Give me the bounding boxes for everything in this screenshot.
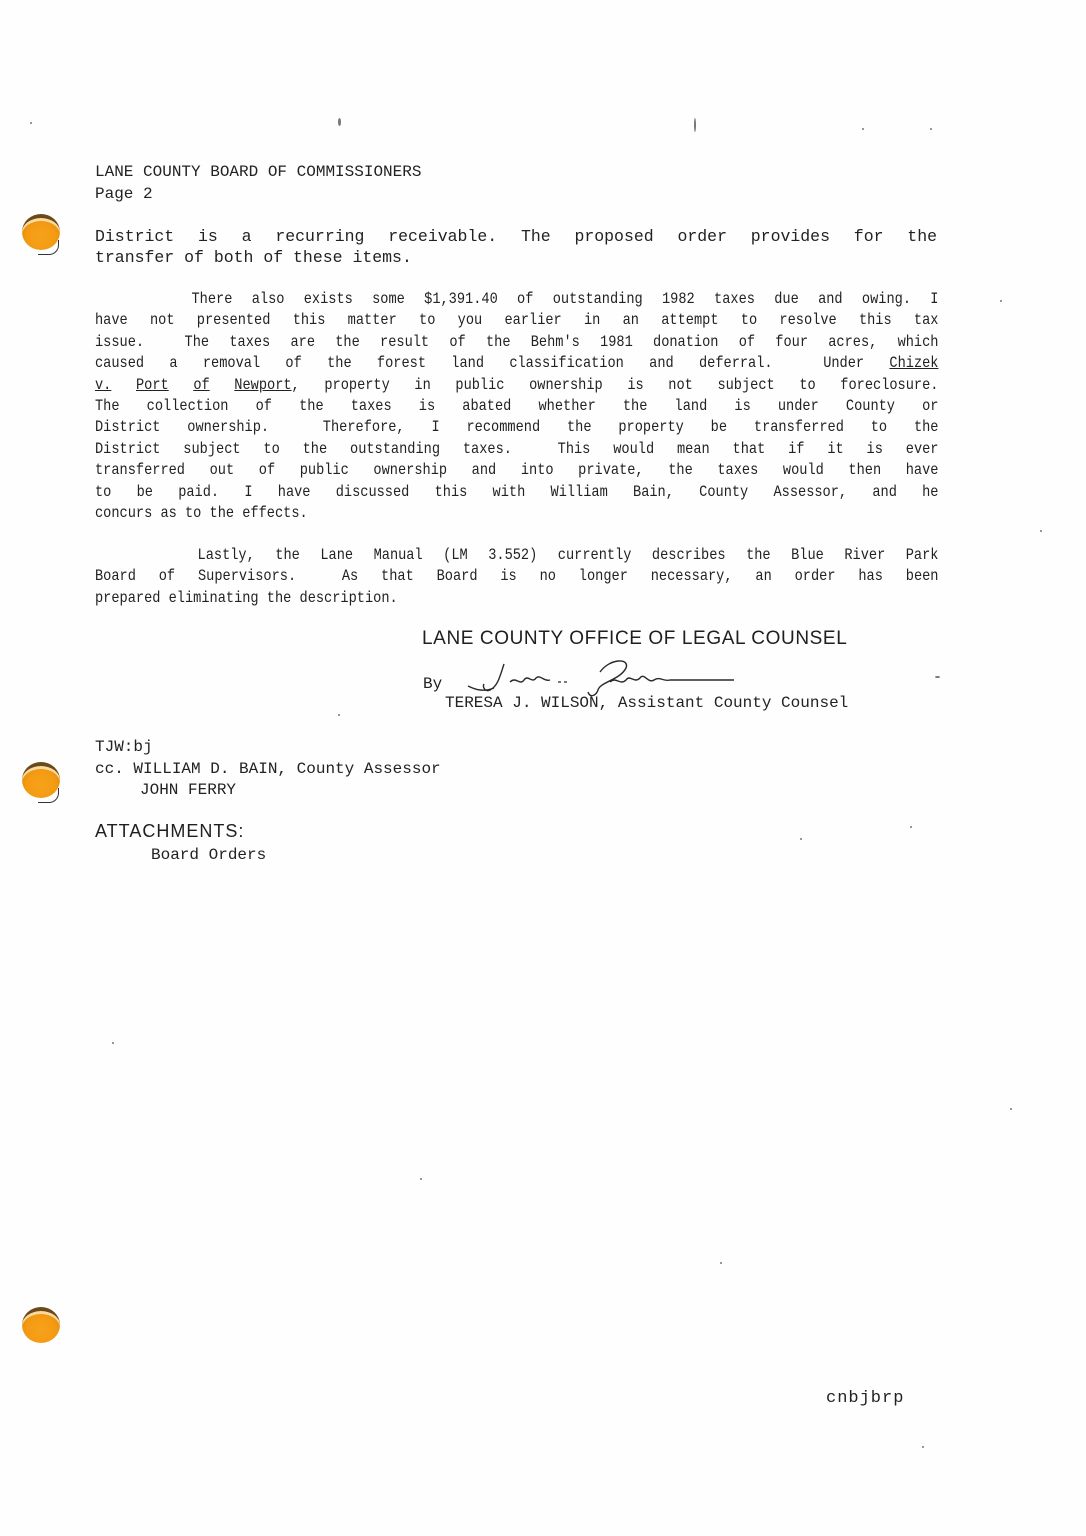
signer-name-title: TERESA J. WILSON, Assistant County Couns… bbox=[445, 693, 848, 714]
case-name-of: of bbox=[193, 376, 209, 394]
scan-speck bbox=[694, 118, 696, 132]
document-page: LANE COUNTY BOARD OF COMMISSIONERS Page … bbox=[0, 0, 1086, 1536]
paragraph-2-line: The collection of the taxes is abated wh… bbox=[95, 396, 938, 417]
scan-speck bbox=[935, 676, 940, 678]
binder-hole-bottom bbox=[22, 1307, 60, 1343]
paragraph-2: There also exists some $1,391.40 of outs… bbox=[95, 289, 938, 524]
paragraph-1-line: District is a recurring receivable. The … bbox=[95, 226, 937, 247]
scan-speck bbox=[420, 1178, 422, 1180]
paragraph-2-line: issue. The taxes are the result of the B… bbox=[95, 332, 938, 353]
scan-speck bbox=[862, 128, 864, 130]
paragraph-2-line: transferred out of public ownership and … bbox=[95, 460, 938, 481]
paragraph-3-line: Board of Supervisors. As that Board is n… bbox=[95, 566, 938, 587]
case-name-chizek: Chizek bbox=[889, 354, 938, 372]
case-name-v: v. bbox=[95, 376, 111, 394]
scan-speck bbox=[338, 118, 341, 126]
page-number: Page 2 bbox=[95, 184, 153, 205]
paragraph-2-line: to be paid. I have discussed this with W… bbox=[95, 482, 938, 503]
paragraph-2-line: District ownership. Therefore, I recomme… bbox=[95, 417, 938, 438]
paragraph-2-text: , property in public ownership is not su… bbox=[292, 376, 939, 394]
case-name-port: Port bbox=[136, 376, 169, 394]
scan-speck bbox=[1010, 1108, 1012, 1110]
scan-speck bbox=[1000, 300, 1002, 302]
attachments-item: Board Orders bbox=[151, 845, 266, 866]
paragraph-3: Lastly, the Lane Manual (LM 3.552) curre… bbox=[95, 545, 938, 609]
paragraph-1: District is a recurring receivable. The … bbox=[95, 226, 937, 269]
paragraph-1-line: transfer of both of these items. bbox=[95, 247, 937, 268]
paragraph-2-line: There also exists some $1,391.40 of outs… bbox=[95, 289, 938, 310]
office-name: LANE COUNTY OFFICE OF LEGAL COUNSEL bbox=[422, 628, 847, 650]
scan-speck bbox=[1040, 530, 1042, 532]
attachments-label: ATTACHMENTS: bbox=[95, 821, 244, 842]
paragraph-2-line: v. Port of Newport, property in public o… bbox=[95, 375, 938, 396]
paragraph-2-line: have not presented this matter to you ea… bbox=[95, 310, 938, 331]
scan-speck bbox=[112, 1042, 114, 1044]
cc-line-1: cc. WILLIAM D. BAIN, County Assessor bbox=[95, 759, 441, 780]
scan-speck bbox=[800, 838, 802, 840]
case-name-newport: Newport bbox=[234, 376, 291, 394]
cc-line-2: JOHN FERRY bbox=[140, 780, 236, 801]
paragraph-3-line: prepared eliminating the description. bbox=[95, 588, 938, 609]
paragraph-3-line: Lastly, the Lane Manual (LM 3.552) curre… bbox=[95, 545, 938, 566]
file-code: cnbjbrp bbox=[826, 1388, 904, 1409]
paragraph-2-text: caused a removal of the forest land clas… bbox=[95, 354, 889, 372]
paragraph-2-line: caused a removal of the forest land clas… bbox=[95, 353, 938, 374]
binder-hole-tail bbox=[38, 240, 59, 255]
scan-speck bbox=[910, 826, 912, 828]
scan-speck bbox=[930, 128, 932, 130]
scan-speck bbox=[922, 1446, 924, 1448]
recipient-heading: LANE COUNTY BOARD OF COMMISSIONERS bbox=[95, 162, 421, 183]
scan-speck bbox=[30, 122, 32, 124]
scan-speck bbox=[338, 714, 340, 716]
paragraph-2-line: concurs as to the effects. bbox=[95, 503, 938, 524]
scan-speck bbox=[720, 1262, 722, 1264]
binder-hole-tail bbox=[38, 788, 59, 803]
paragraph-2-line: District subject to the outstanding taxe… bbox=[95, 439, 938, 460]
typist-initials: TJW:bj bbox=[95, 737, 153, 758]
by-label: By bbox=[423, 674, 442, 695]
